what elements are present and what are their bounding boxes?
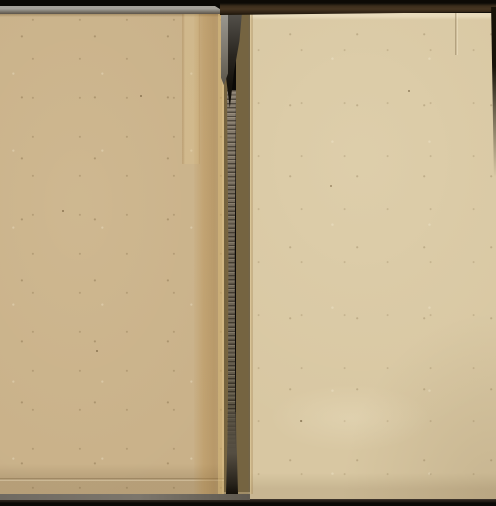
scan-bottom-border — [0, 500, 496, 506]
right-endpaper-page — [250, 13, 496, 501]
spine-metal-gray-highlight — [221, 13, 228, 85]
repair-tape-right — [236, 12, 253, 494]
page-stack-edge-line — [455, 13, 458, 55]
paper-speck — [62, 210, 64, 212]
paper-speck — [408, 90, 410, 92]
paper-speck — [96, 350, 98, 352]
paper-speck — [140, 95, 142, 97]
paper-sheen — [260, 373, 440, 463]
left-endpaper-page — [0, 12, 224, 494]
book-scan — [0, 0, 496, 506]
paper-speck — [330, 185, 332, 187]
paper-speck — [300, 420, 302, 422]
left-cover-top-edge — [0, 6, 228, 14]
left-page-bottom-crease — [0, 478, 224, 481]
spine-gutter — [194, 12, 252, 494]
